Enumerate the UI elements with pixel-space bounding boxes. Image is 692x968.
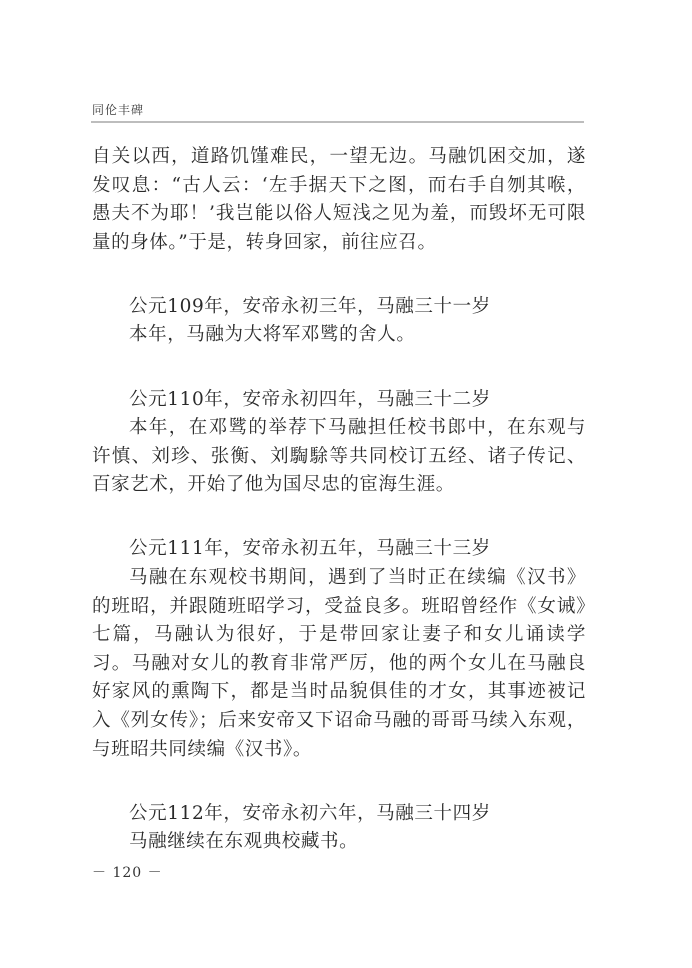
section-paragraph: 本年，马融为大将军邓骘的舍人。	[92, 321, 586, 350]
section-109: 公元109年，安帝永初三年，马融三十一岁 本年，马融为大将军邓骘的舍人。	[92, 293, 586, 350]
section-heading: 公元110年，安帝永初四年，马融三十二岁	[92, 386, 586, 415]
section-110: 公元110年，安帝永初四年，马融三十二岁 本年，在邓骘的举荐下马融担任校书郎中，…	[92, 386, 586, 500]
section-112: 公元112年，安帝永初六年，马融三十四岁 马融继续在东观典校藏书。	[92, 800, 586, 857]
page-body: 自关以西，道路饥馑难民，一望无边。马融饥困交加，遂发叹息：“古人云：‘左手据天下…	[92, 143, 586, 857]
running-head: 同伦丰碑	[92, 101, 144, 118]
header-rule	[91, 121, 584, 123]
section-heading: 公元112年，安帝永初六年，马融三十四岁	[92, 800, 586, 829]
section-paragraph: 马融在东观校书期间，遇到了当时正在续编《汉书》的班昭，并跟随班昭学习，受益良多。…	[92, 564, 586, 764]
section-paragraph: 本年，在邓骘的举荐下马融担任校书郎中，在东观与许慎、刘珍、张衡、刘騊駼等共同校订…	[92, 414, 586, 500]
section-111: 公元111年，安帝永初五年，马融三十三岁 马融在东观校书期间，遇到了当时正在续编…	[92, 535, 586, 764]
opening-paragraph: 自关以西，道路饥馑难民，一望无边。马融饥困交加，遂发叹息：“古人云：‘左手据天下…	[92, 143, 586, 257]
section-heading: 公元109年，安帝永初三年，马融三十一岁	[92, 293, 586, 322]
section-paragraph: 马融继续在东观典校藏书。	[92, 828, 586, 857]
page-number: － 120 －	[92, 862, 163, 882]
section-heading: 公元111年，安帝永初五年，马融三十三岁	[92, 535, 586, 564]
